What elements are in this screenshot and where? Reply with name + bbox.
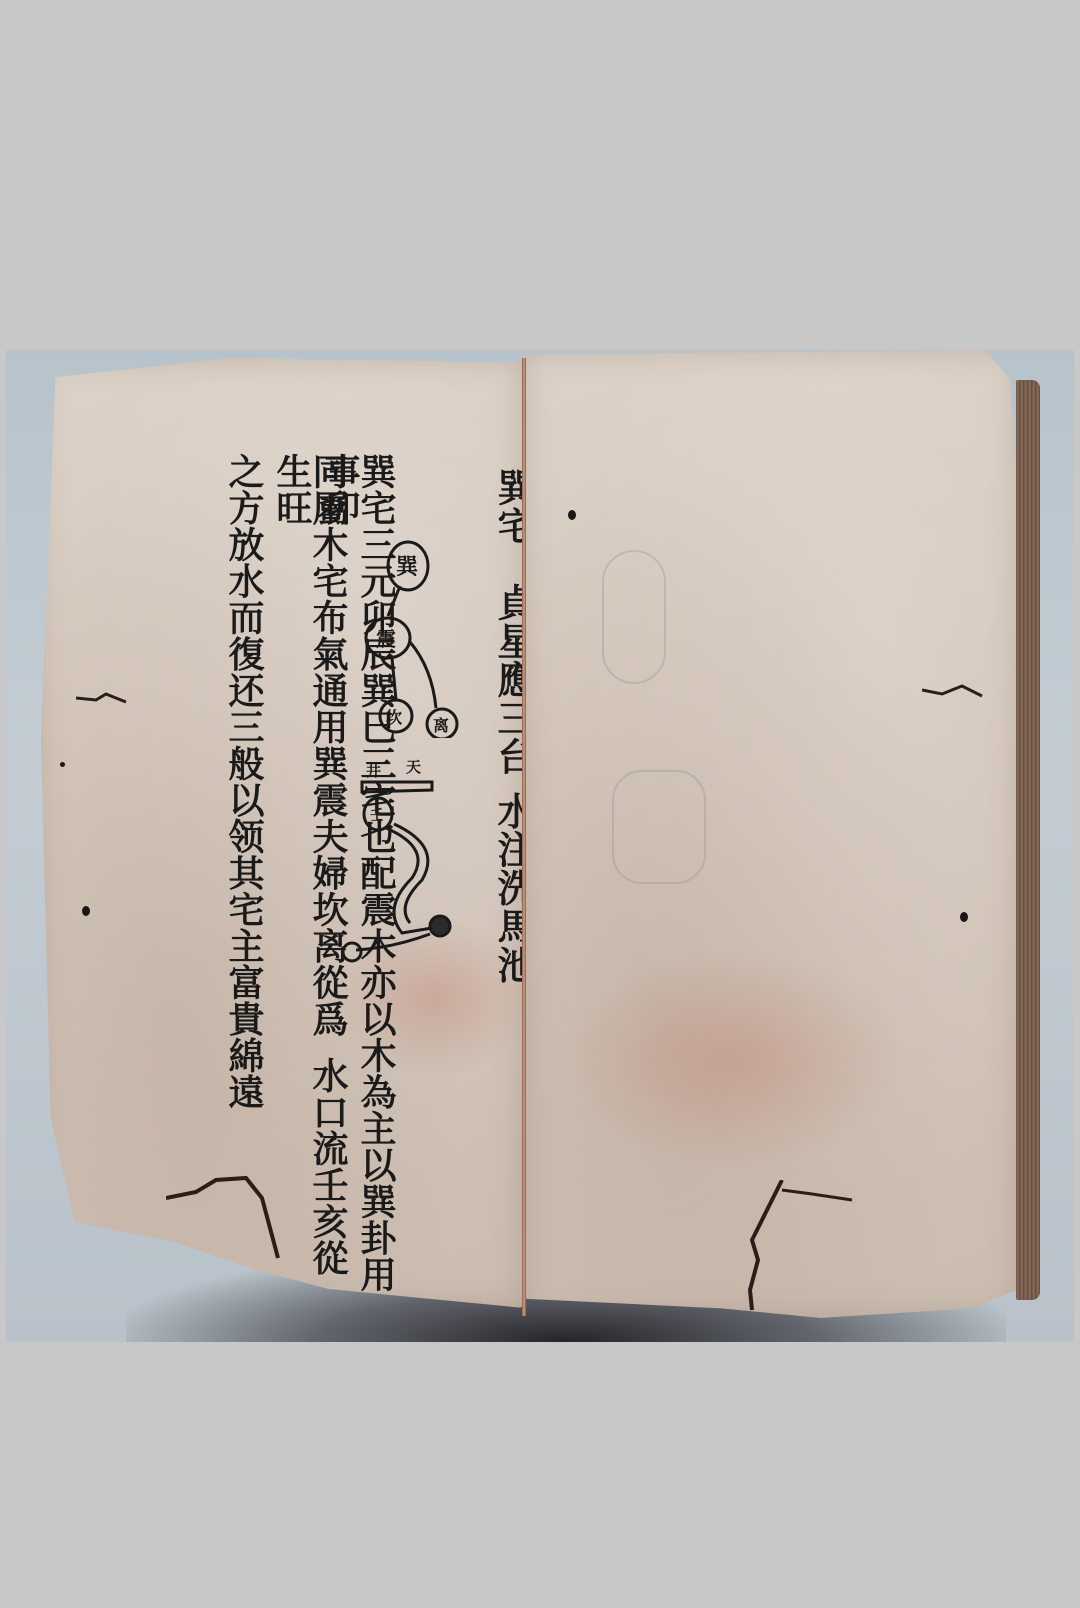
bleed-through-diagram [612, 770, 706, 884]
label-heaven: 天 [406, 758, 421, 776]
page-edge-stack [1016, 380, 1040, 1300]
paper-tear [722, 1180, 882, 1320]
paper-tear [76, 688, 136, 718]
right-page: 必有將相公侯之應 [522, 350, 1020, 1318]
body-column-3: 之方放水而復还三般以领其宅主富貴綿遠 [226, 453, 262, 1110]
binding-hole [960, 912, 968, 922]
node-li: 离 [433, 716, 449, 735]
binding-hole [82, 906, 90, 916]
book-spine [522, 358, 526, 1316]
paper-tear [922, 670, 1002, 710]
left-page: 巽宅貞星應三台水注洗馬池 巽 震 坎 离 井 天 壬 [36, 358, 524, 1308]
binding-hole [568, 510, 576, 520]
binding-hole [60, 762, 65, 767]
body-column-2-part1: 同屬木宅布氣通用巽震夫婦坎离從爲 [307, 453, 349, 1037]
node-xun: 巽 [396, 554, 419, 580]
manuscript-photo: 巽宅貞星應三台水注洗馬池 巽 震 坎 离 井 天 壬 [6, 350, 1074, 1342]
bleed-through-diagram [602, 550, 666, 684]
water-stain [562, 950, 902, 1170]
